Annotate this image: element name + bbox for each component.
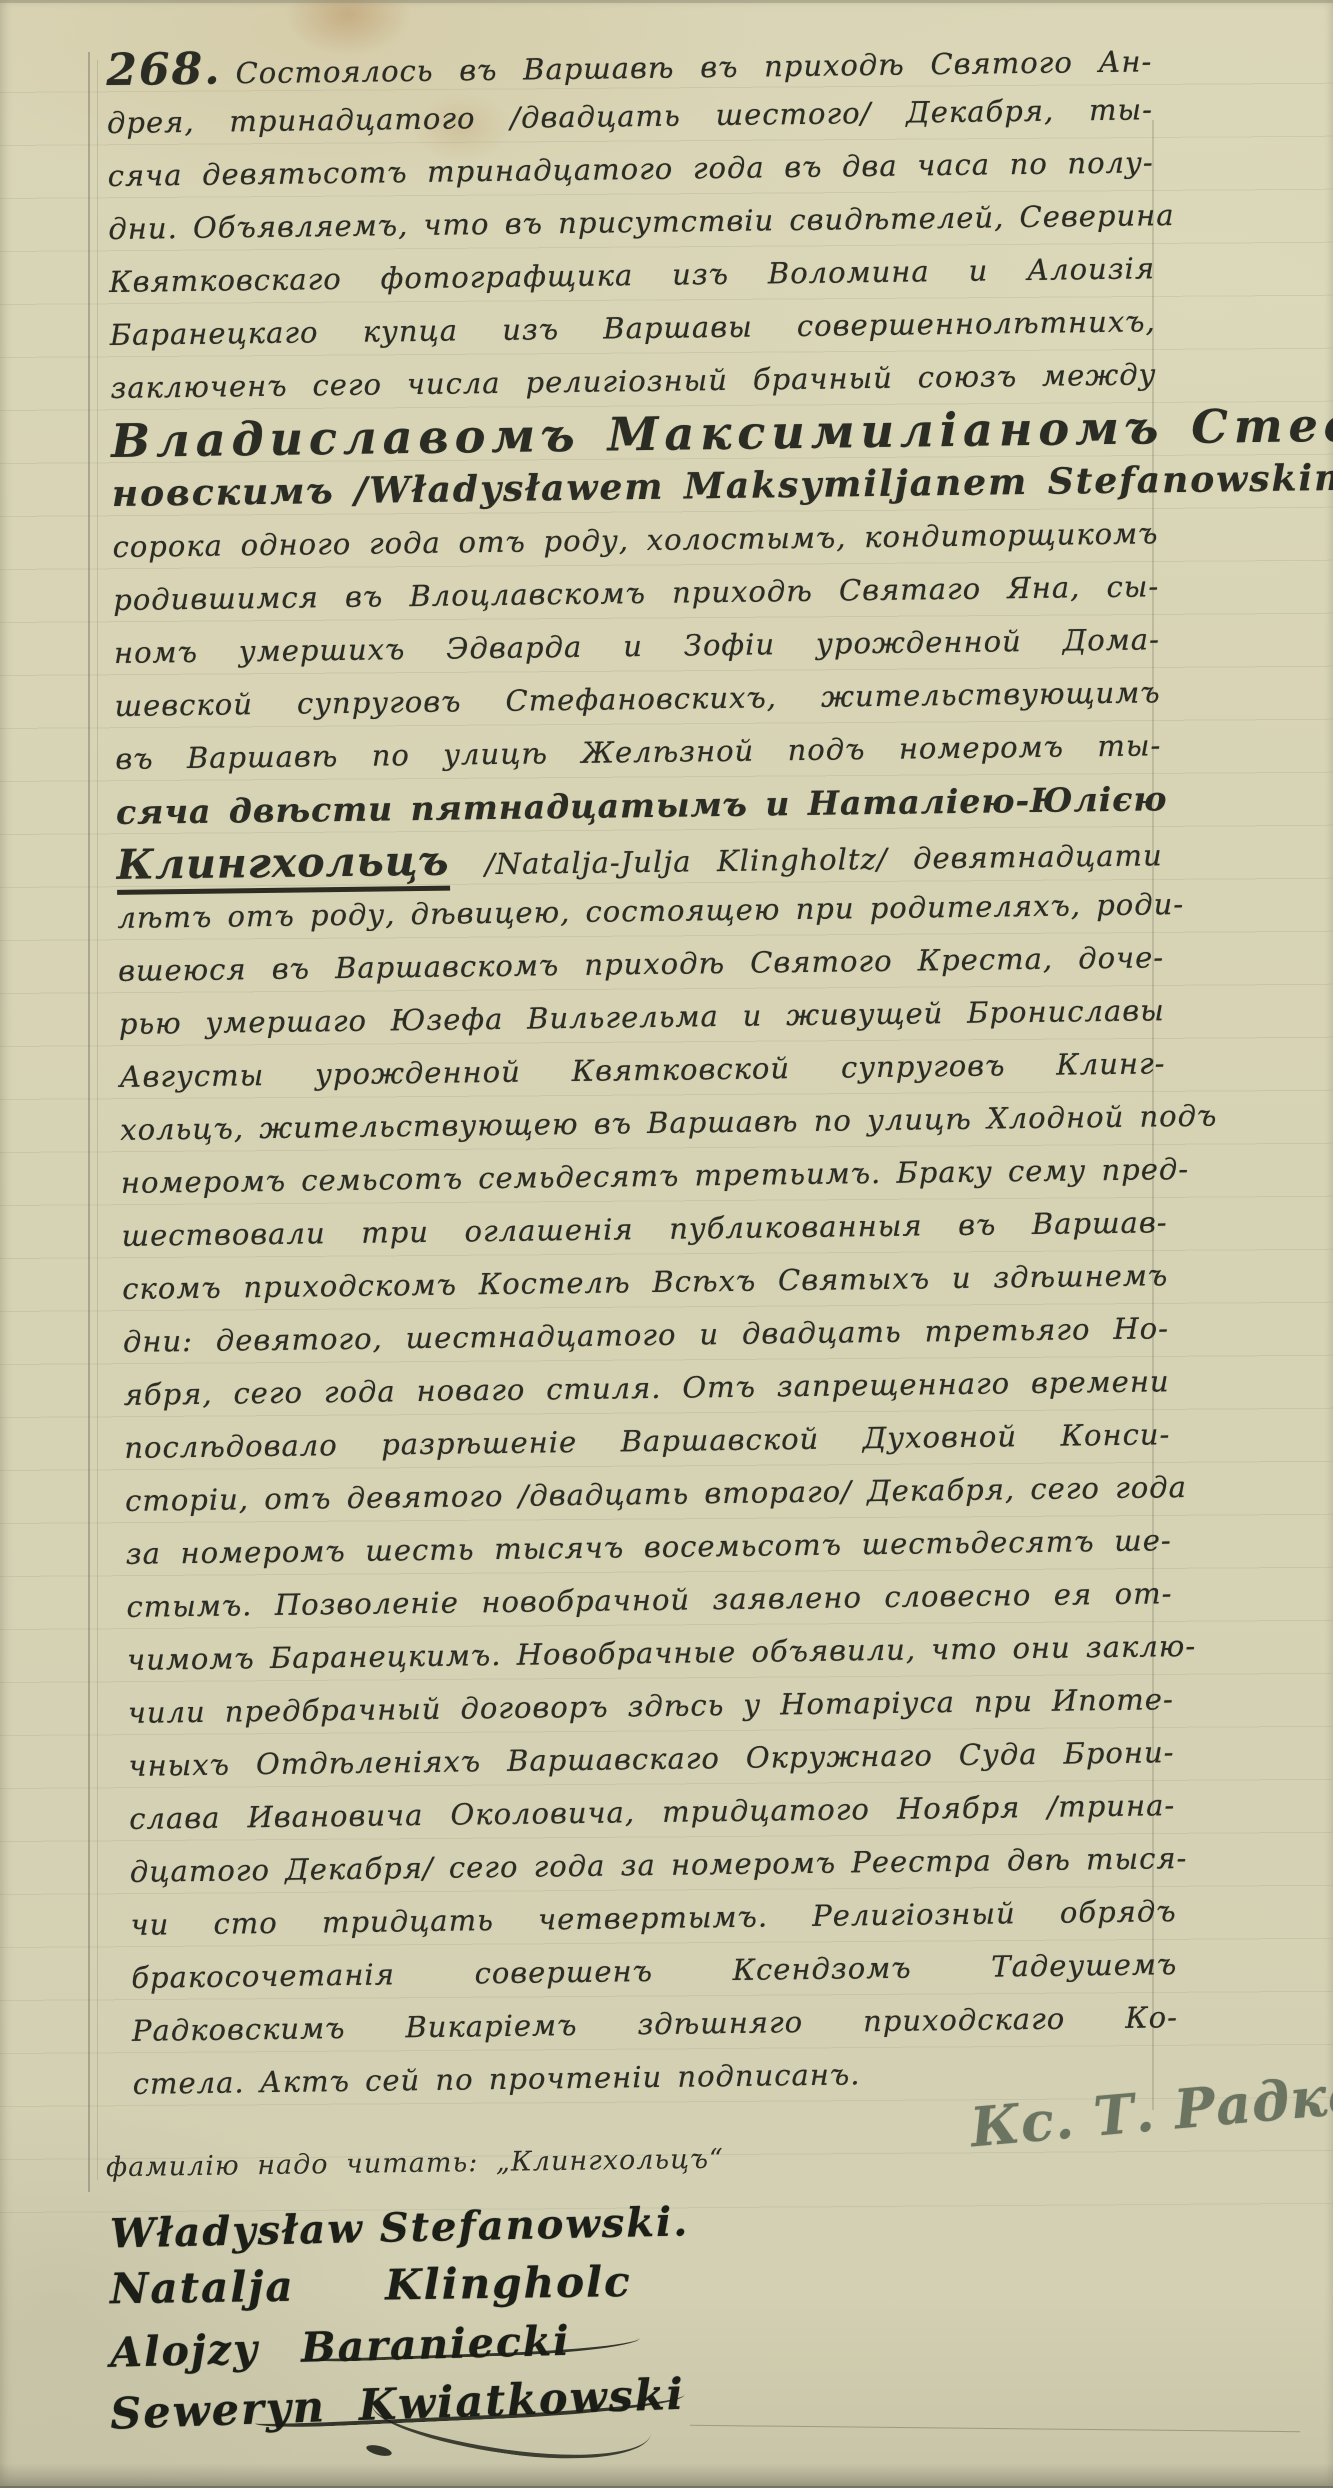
- underlined-surname: Клингхольцъ: [116, 837, 449, 895]
- left-margin-line-inner: [97, 60, 98, 2180]
- record-number: 268.: [106, 43, 236, 96]
- signatures-block: Władysław Stefanowski. Natalja Klingholc…: [110, 2196, 1010, 2428]
- handwriting-lines: 268.Состоялось въ Варшавѣ въ приходѣ Свя…: [106, 30, 1179, 2111]
- left-margin-line: [88, 52, 90, 2192]
